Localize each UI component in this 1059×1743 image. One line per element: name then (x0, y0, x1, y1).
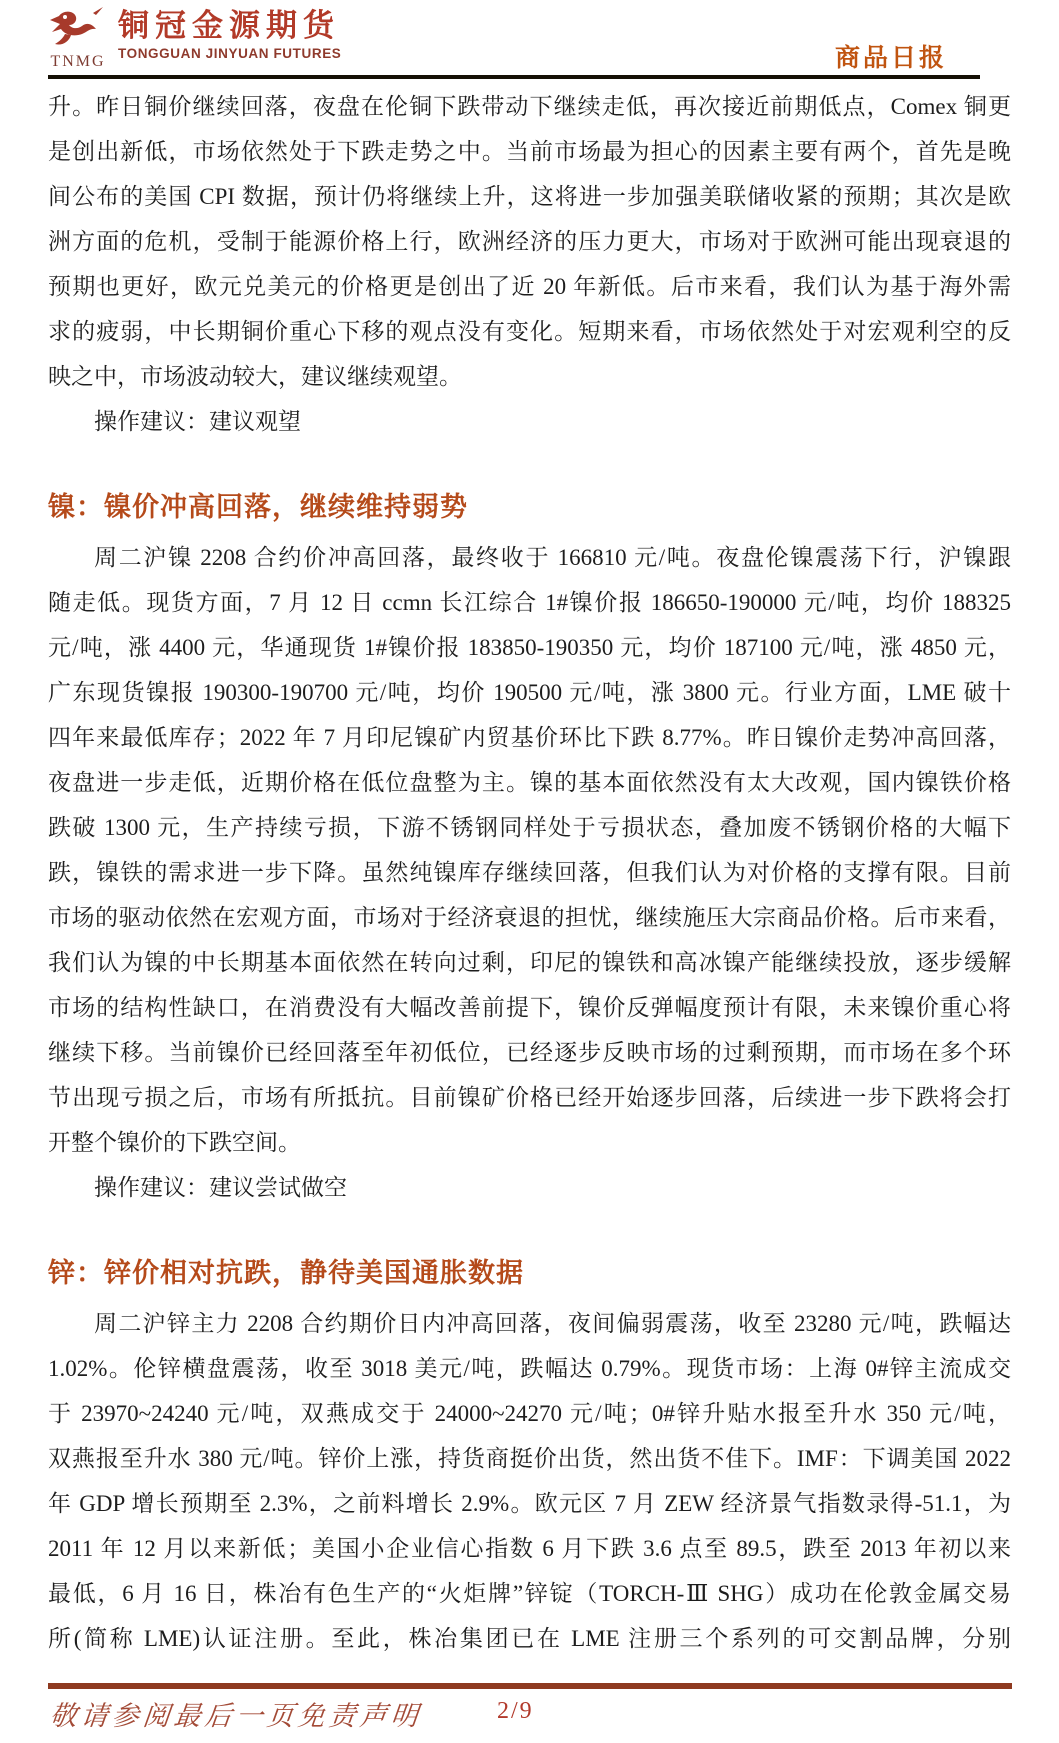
text-line: 元/吨，涨 4400 元，华通现货 1#镍价报 183850-190350 元，… (48, 625, 1011, 670)
text-line: 跌，镍铁的需求进一步下降。虽然纯镍库存继续回落，但我们认为对价格的支撑有限。目前 (48, 850, 1011, 895)
page-header: TNMG 铜冠金源期货 TONGGUAN JINYUAN FUTURES 商品日… (0, 0, 1059, 80)
text-line: 于 23970~24240 元/吨，双燕成交于 24000~24270 元/吨；… (48, 1391, 1011, 1436)
text-line: 预期也更好，欧元兑美元的价格更是创出了近 20 年新低。后市来看，我们认为基于海… (48, 264, 1011, 309)
zinc-paragraph: 周二沪锌主力 2208 合约期价日内冲高回落，夜间偏弱震荡，收至 23280 元… (48, 1301, 1011, 1661)
report-type-label: 商品日报 (835, 38, 947, 74)
text-line: 2011 年 12 月以来新低；美国小企业信心指数 6 月下跌 3.6 点至 8… (48, 1526, 1011, 1571)
text-line: 四年来最低库存；2022 年 7 月印尼镍矿内贸基价环比下跌 8.77%。昨日镍… (48, 715, 1011, 760)
text-line: 是创出新低，市场依然处于下跌走势之中。当前市场最为担心的因素主要有两个，首先是晚 (48, 129, 1011, 174)
text-line: 周二沪镍 2208 合约价冲高回落，最终收于 166810 元/吨。夜盘伦镍震荡… (48, 535, 1011, 580)
nickel-paragraph: 周二沪镍 2208 合约价冲高回落，最终收于 166810 元/吨。夜盘伦镍震荡… (48, 535, 1011, 1165)
page-number: 2/9 (497, 1698, 534, 1725)
company-name-cn: 铜冠金源期货 (118, 8, 341, 44)
text-line: 1.02%。伦锌横盘震荡，收至 3018 美元/吨，跌幅达 0.79%。现货市场… (48, 1346, 1011, 1391)
text-line: 广东现货镍报 190300-190700 元/吨，均价 190500 元/吨，涨… (48, 670, 1011, 715)
text-line: 年 GDP 增长预期至 2.3%，之前料增长 2.9%。欧元区 7 月 ZEW … (48, 1481, 1011, 1526)
logo-tnmg-label: TNMG (46, 53, 110, 71)
text-line: 继续下移。当前镍价已经回落至年初低位，已经逐步反映市场的过剩预期，而市场在多个环 (48, 1030, 1011, 1075)
text-line: 最低，6 月 16 日，株冶有色生产的“火炬牌”锌锭（TORCH-Ⅲ SHG）成… (48, 1571, 1011, 1616)
text-line: 夜盘进一步走低，近期价格在低位盘整为主。镍的基本面依然没有太大改观，国内镍铁价格 (48, 760, 1011, 805)
text-line: 映之中，市场波动较大，建议继续观望。 (48, 354, 1011, 399)
text-line: 市场的驱动依然在宏观方面，市场对于经济衰退的担忧，继续施压大宗商品价格。后市来看… (48, 895, 1011, 940)
section-heading: 锌：锌价相对抗跌，静待美国通胀数据 (48, 1256, 1011, 1290)
text-line: 间公布的美国 CPI 数据，预计仍将继续上升，这将进一步加强美联储收紧的预期；其… (48, 174, 1011, 219)
text-line: 随走低。现货方面，7 月 12 日 ccmn 长江综合 1#镍价报 186650… (48, 580, 1011, 625)
logo-mark: TNMG (46, 6, 110, 71)
text-line: 节出现亏损之后，市场有所抵抗。目前镍矿价格已经开始逐步回落，后续进一步下跌将会打 (48, 1075, 1011, 1120)
footer-divider (48, 1683, 1012, 1689)
logo-text: 铜冠金源期货 TONGGUAN JINYUAN FUTURES (118, 6, 341, 71)
text-line: 所(简称 LME)认证注册。至此，株冶集团已在 LME 注册三个系列的可交割品牌… (48, 1616, 1011, 1661)
text-line: 升。昨日铜价继续回落，夜盘在伦铜下跌带动下继续走低，再次接近前期低点，Comex… (48, 84, 1011, 129)
text-line: 市场的结构性缺口，在消费没有大幅改善前提下，镍价反弹幅度预计有限，未来镍价重心将 (48, 985, 1011, 1030)
section-heading: 镍：镍价冲高回落，继续维持弱势 (48, 490, 1011, 524)
text-line: 洲方面的危机，受制于能源价格上行，欧洲经济的压力更大，市场对于欧洲可能出现衰退的 (48, 219, 1011, 264)
company-logo: TNMG 铜冠金源期货 TONGGUAN JINYUAN FUTURES (46, 6, 341, 71)
company-name-en: TONGGUAN JINYUAN FUTURES (118, 46, 341, 61)
text-line: 操作建议：建议尝试做空 (48, 1165, 1011, 1210)
nickel-operation-advice: 操作建议：建议尝试做空 (48, 1165, 1011, 1210)
text-line: 周二沪锌主力 2208 合约期价日内冲高回落，夜间偏弱震荡，收至 23280 元… (48, 1301, 1011, 1346)
text-line: 跌破 1300 元，生产持续亏损，下游不锈钢同样处于亏损状态，叠加废不锈钢价格的… (48, 805, 1011, 850)
text-line: 操作建议：建议观望 (48, 399, 1011, 444)
text-line: 我们认为镍的中长期基本面依然在转向过剩，印尼的镍铁和高冰镍产能继续投放，逐步缓解 (48, 940, 1011, 985)
text-line: 双燕报至升水 380 元/吨。锌价上涨，持货商挺价出货，然出货不佳下。IMF：下… (48, 1436, 1011, 1481)
copper-operation-advice: 操作建议：建议观望 (48, 399, 1011, 444)
doc-body: 升。昨日铜价继续回落，夜盘在伦铜下跌带动下继续走低，再次接近前期低点，Comex… (48, 79, 1011, 1661)
text-line: 开整个镍价的下跌空间。 (48, 1120, 1011, 1165)
footer-disclaimer: 敬请参阅最后一页免责声明 (48, 1694, 424, 1733)
copper-paragraph: 升。昨日铜价继续回落，夜盘在伦铜下跌带动下继续走低，再次接近前期低点，Comex… (48, 84, 1011, 399)
bird-logo-icon (49, 6, 107, 50)
report-page: TNMG 铜冠金源期货 TONGGUAN JINYUAN FUTURES 商品日… (0, 0, 1059, 1743)
text-line: 求的疲弱，中长期铜价重心下移的观点没有变化。短期来看，市场依然处于对宏观利空的反 (48, 309, 1011, 354)
